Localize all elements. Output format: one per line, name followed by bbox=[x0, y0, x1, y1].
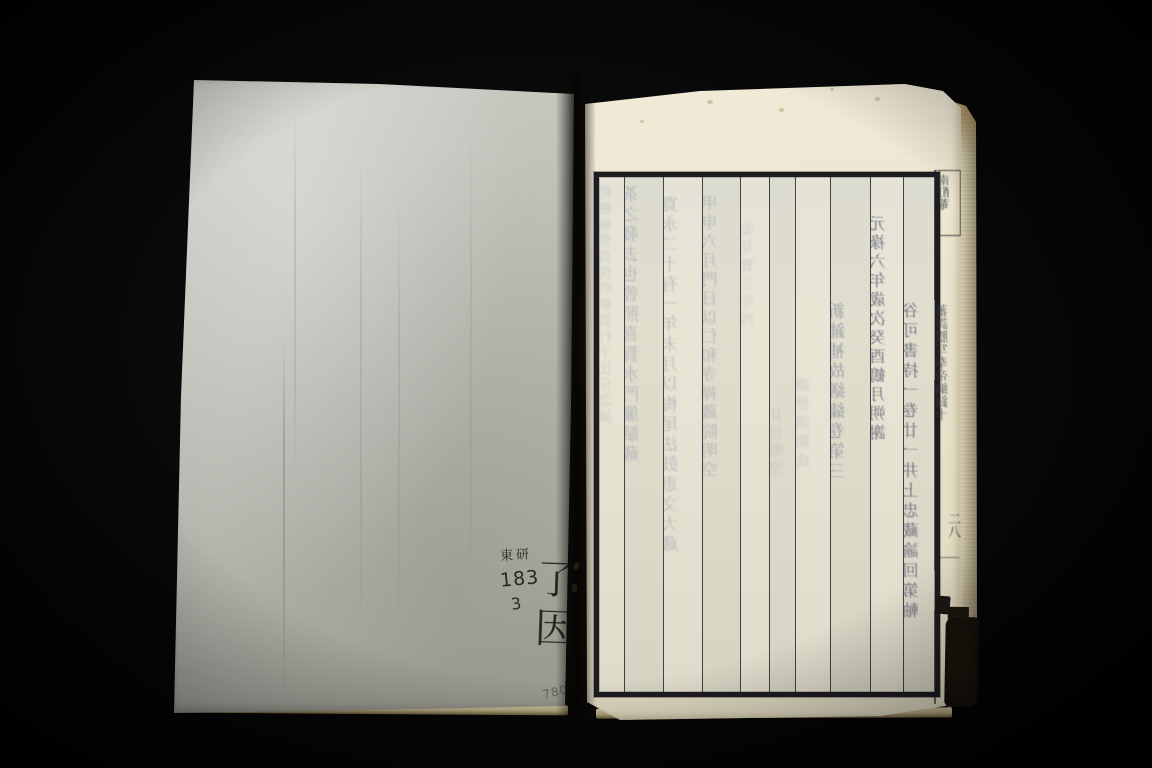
fold-label-box: 南酊菴 bbox=[936, 170, 961, 236]
text-column: 谷可書持一卷廿一井上忠藏諭回第軸 bbox=[903, 177, 935, 692]
handwritten-inscription: 了因 bbox=[530, 557, 574, 668]
text-column: 廿日明空 bbox=[769, 177, 795, 692]
paper-sheen bbox=[168, 76, 578, 716]
foxing-dot bbox=[830, 88, 834, 91]
ink-spot bbox=[935, 596, 950, 615]
left-page: 東研 183 3 了因 780— bbox=[168, 76, 578, 716]
foxing-dot bbox=[875, 97, 880, 101]
text-column: 新鋪補故繕繍卷第三 bbox=[830, 177, 870, 692]
text-column: 安及寳三年西 bbox=[740, 177, 769, 692]
crease-line bbox=[360, 140, 362, 652]
text-column: 寛永二十有一年末月以梅尾法鼓恵文大蔵 bbox=[663, 177, 702, 692]
crease-line bbox=[294, 102, 296, 486]
printed-frame: 梍樹袖曾真悦明朝賀行干比丘念誦 茶之發去也曾照喜賀水門簾賦蔵 寛永二十有一年末月… bbox=[594, 172, 940, 697]
crease-line bbox=[398, 191, 400, 639]
book-photo-stage: 梍樹袖曾真悦明朝賀行干比丘念誦 茶之發去也曾照喜賀水門簾賦蔵 寛永二十有一年末月… bbox=[0, 0, 1152, 768]
fold-page-number: 二八 bbox=[937, 512, 959, 558]
text-column: 甲申六月門日以仁和寺禅蔵院明空 bbox=[702, 177, 740, 692]
text-column: 梍樹袖曾真悦明朝賀行干比丘念誦 bbox=[599, 177, 624, 692]
foxing-dot bbox=[640, 120, 644, 123]
text-column: 謹世請期成 bbox=[795, 177, 830, 692]
foxing-dot bbox=[707, 100, 713, 104]
photo-vignette bbox=[0, 0, 1152, 768]
fold-rule-line bbox=[934, 170, 936, 704]
stitch-mark bbox=[571, 584, 577, 593]
stitch-mark bbox=[573, 561, 581, 570]
foxing-dot bbox=[779, 108, 784, 112]
ink-blob bbox=[944, 617, 979, 708]
frame-interior: 梍樹袖曾真悦明朝賀行干比丘念誦 茶之發去也曾照喜賀水門簾賦蔵 寛永二十有一年末月… bbox=[599, 177, 935, 692]
crease-line bbox=[283, 332, 285, 703]
crease-line bbox=[470, 127, 472, 607]
fold-title: 蕃譯謄写奉帝綱録十 bbox=[937, 304, 959, 492]
right-page: 梍樹袖曾真悦明朝賀行干比丘念誦 茶之發去也曾照喜賀水門簾賦蔵 寛永二十有一年末月… bbox=[580, 82, 962, 722]
text-column: 元祿六年歳次癸酉鶴月朔謝 bbox=[870, 177, 903, 692]
text-column: 茶之發去也曾照喜賀水門簾賦蔵 bbox=[624, 177, 663, 692]
